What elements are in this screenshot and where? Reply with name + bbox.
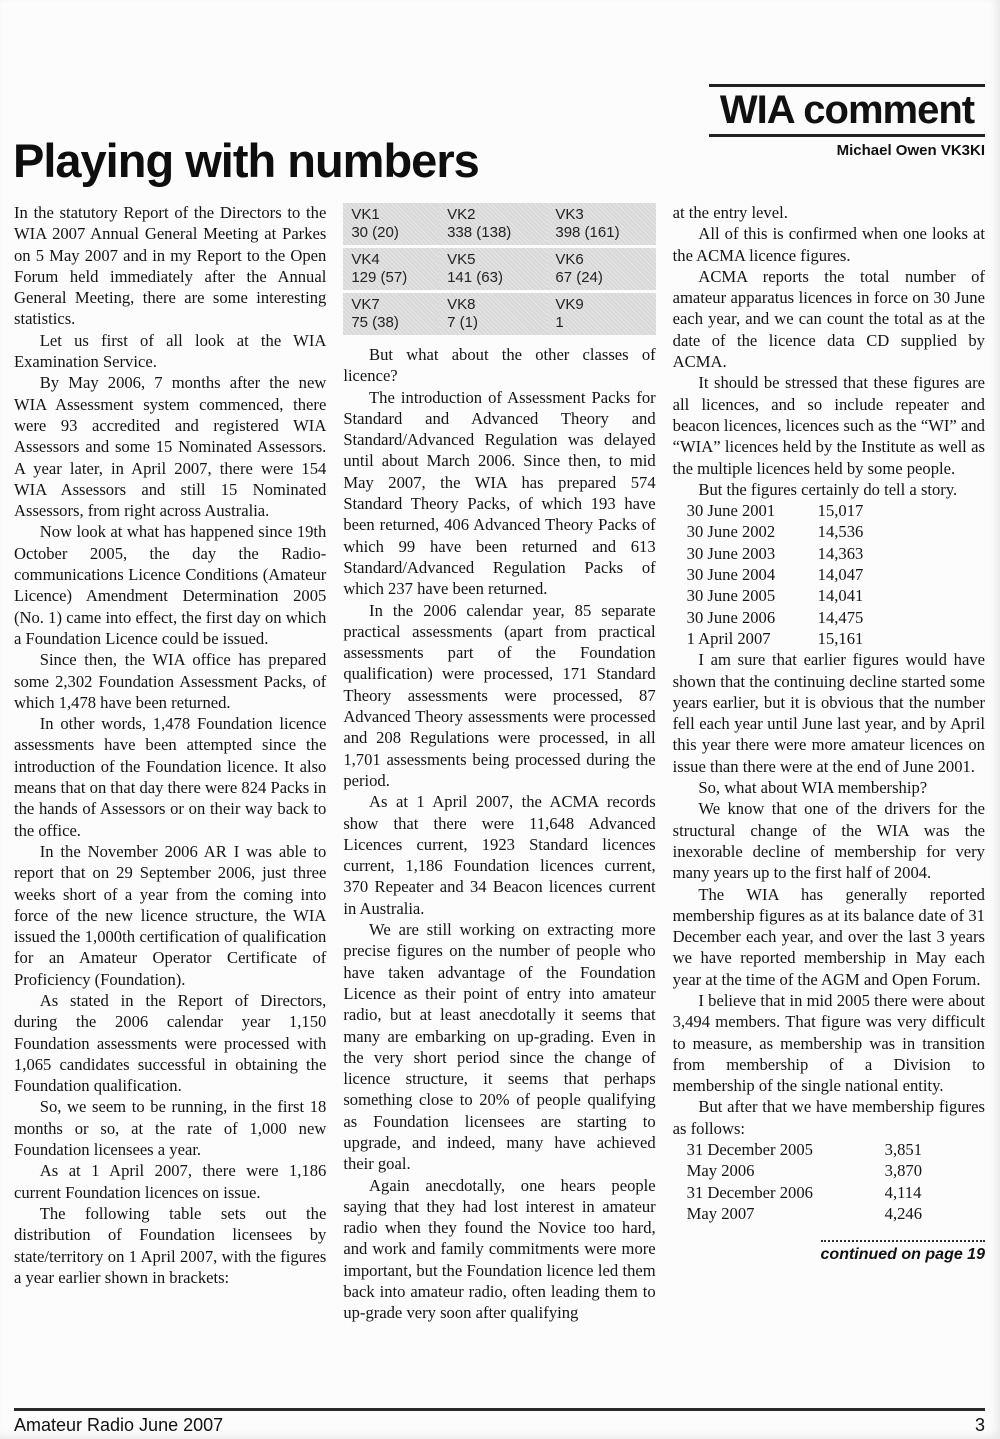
masthead-title: WIA comment xyxy=(709,88,985,132)
paragraph: As stated in the Report of Directors, du… xyxy=(14,990,326,1096)
figure-row: 30 June 200314,363 xyxy=(673,543,985,564)
magazine-page: WIA comment Michael Owen VK3KI Playing w… xyxy=(0,0,1000,1439)
figure-date: 30 June 2003 xyxy=(673,543,818,564)
figure-value: 3,851 xyxy=(885,1139,922,1160)
table-cell: VK5141 (63) xyxy=(439,248,547,290)
figure-row: 30 June 200414,047 xyxy=(673,564,985,585)
callsign: VK6 xyxy=(555,251,655,269)
table-cell: VK4129 (57) xyxy=(343,248,439,290)
callsign: VK4 xyxy=(351,251,439,269)
figure-date: 1 April 2007 xyxy=(673,628,818,649)
paragraph: So, we seem to be running, in the first … xyxy=(14,1096,326,1160)
table-cell: VK2338 (138) xyxy=(439,203,547,245)
continued-text: continued on page 19 xyxy=(821,1240,985,1265)
figure-value: 14,536 xyxy=(818,521,864,542)
paragraph: As at 1 April 2007, the ACMA records sho… xyxy=(343,791,655,919)
figure-row: May 20063,870 xyxy=(673,1160,985,1181)
figure-date: 30 June 2002 xyxy=(673,521,818,542)
licensee-count: 30 (20) xyxy=(351,224,439,242)
figure-row: 30 June 200614,475 xyxy=(673,607,985,628)
figure-row: May 20074,246 xyxy=(673,1203,985,1224)
paragraph: I am sure that earlier figures would hav… xyxy=(673,649,985,777)
paragraph: The introduction of Assessment Packs for… xyxy=(343,387,655,600)
table-cell: VK91 xyxy=(547,293,655,335)
paragraph: We know that one of the drivers for the … xyxy=(673,798,985,883)
figure-row: 30 June 200115,017 xyxy=(673,500,985,521)
licensee-count: 141 (63) xyxy=(447,269,547,287)
column-right: at the entry level. All of this is confi… xyxy=(673,202,985,1324)
paragraph: In other words, 1,478 Foundation licence… xyxy=(14,713,326,841)
callsign: VK8 xyxy=(447,296,547,314)
paragraph: But after that we have membership figure… xyxy=(673,1096,985,1139)
figure-date: May 2006 xyxy=(673,1160,885,1181)
callsign: VK1 xyxy=(351,206,439,224)
figure-value: 15,161 xyxy=(818,628,864,649)
article-columns: In the statutory Report of the Directors… xyxy=(14,202,985,1324)
paragraph: Since then, the WIA office has prepared … xyxy=(14,649,326,713)
article-title: Playing with numbers xyxy=(13,136,479,186)
foundation-by-state-table: VK130 (20) VK2338 (138) VK3398 (161) VK4… xyxy=(343,200,655,338)
callsign: VK2 xyxy=(447,206,547,224)
figure-value: 14,475 xyxy=(818,607,864,628)
figure-value: 14,041 xyxy=(818,585,864,606)
table-row: VK4129 (57) VK5141 (63) VK667 (24) xyxy=(343,248,655,290)
licensee-count: 129 (57) xyxy=(351,269,439,287)
continued-note: continued on page 19 xyxy=(673,1240,985,1265)
page-footer: Amateur Radio June 2007 3 xyxy=(14,1408,985,1436)
table-cell: VK3398 (161) xyxy=(547,203,655,245)
journal-title: Amateur Radio June 2007 xyxy=(14,1415,223,1436)
licensee-count: 75 (38) xyxy=(351,314,439,332)
figure-row: 30 June 200514,041 xyxy=(673,585,985,606)
figure-row: 30 June 200214,536 xyxy=(673,521,985,542)
licensee-count: 338 (138) xyxy=(447,224,547,242)
column-middle: VK130 (20) VK2338 (138) VK3398 (161) VK4… xyxy=(343,202,655,1324)
paragraph: By May 2006, 7 months after the new WIA … xyxy=(14,372,326,521)
paragraph: But what about the other classes of lice… xyxy=(343,344,655,387)
figure-value: 14,363 xyxy=(818,543,864,564)
licensee-count: 398 (161) xyxy=(555,224,655,242)
figure-date: 30 June 2006 xyxy=(673,607,818,628)
paragraph: All of this is confirmed when one looks … xyxy=(673,223,985,266)
masthead: WIA comment Michael Owen VK3KI xyxy=(709,84,985,159)
licensee-count: 1 xyxy=(555,314,655,332)
figure-value: 15,017 xyxy=(818,500,864,521)
figure-date: 31 December 2005 xyxy=(673,1139,885,1160)
paragraph: But the figures certainly do tell a stor… xyxy=(673,479,985,500)
table-cell: VK775 (38) xyxy=(343,293,439,335)
paragraph: ACMA reports the total number of amateur… xyxy=(673,266,985,372)
paragraph: I believe that in mid 2005 there were ab… xyxy=(673,990,985,1096)
paragraph: As at 1 April 2007, there were 1,186 cur… xyxy=(14,1160,326,1203)
figure-date: 30 June 2001 xyxy=(673,500,818,521)
paragraph: Now look at what has happened since 19th… xyxy=(14,521,326,649)
paragraph: So, what about WIA membership? xyxy=(673,777,985,798)
figure-value: 4,114 xyxy=(885,1182,922,1203)
figure-row: 1 April 200715,161 xyxy=(673,628,985,649)
paragraph: Again anecdotally, one hears people sayi… xyxy=(343,1175,655,1324)
paragraph: In the 2006 calendar year, 85 separate p… xyxy=(343,600,655,792)
callsign: VK7 xyxy=(351,296,439,314)
callsign: VK9 xyxy=(555,296,655,314)
figure-value: 3,870 xyxy=(885,1160,922,1181)
column-left: In the statutory Report of the Directors… xyxy=(14,202,326,1324)
masthead-box: WIA comment xyxy=(709,84,985,137)
figure-date: 30 June 2005 xyxy=(673,585,818,606)
figure-date: May 2007 xyxy=(673,1203,885,1224)
page-number: 3 xyxy=(975,1415,985,1436)
table-cell: VK87 (1) xyxy=(439,293,547,335)
licence-figures-list: 30 June 200115,017 30 June 200214,536 30… xyxy=(673,500,985,649)
figure-date: 31 December 2006 xyxy=(673,1182,885,1203)
author-byline: Michael Owen VK3KI xyxy=(709,142,985,159)
table-row: VK130 (20) VK2338 (138) VK3398 (161) xyxy=(343,203,655,245)
figure-value: 4,246 xyxy=(885,1203,922,1224)
figure-row: 31 December 20064,114 xyxy=(673,1182,985,1203)
callsign: VK3 xyxy=(555,206,655,224)
licensee-count: 67 (24) xyxy=(555,269,655,287)
paragraph: We are still working on extracting more … xyxy=(343,919,655,1175)
callsign: VK5 xyxy=(447,251,547,269)
paragraph: The following table sets out the distrib… xyxy=(14,1203,326,1288)
paragraph: In the statutory Report of the Directors… xyxy=(14,202,326,330)
figure-value: 14,047 xyxy=(818,564,864,585)
paragraph: It should be stressed that these figures… xyxy=(673,372,985,478)
table-row: VK775 (38) VK87 (1) VK91 xyxy=(343,293,655,335)
paragraph: In the November 2006 AR I was able to re… xyxy=(14,841,326,990)
paragraph: Let us first of all look at the WIA Exam… xyxy=(14,330,326,373)
table-cell: VK130 (20) xyxy=(343,203,439,245)
paragraph: The WIA has generally reported membershi… xyxy=(673,884,985,990)
paragraph: at the entry level. xyxy=(673,202,985,223)
licensee-count: 7 (1) xyxy=(447,314,547,332)
figure-row: 31 December 20053,851 xyxy=(673,1139,985,1160)
figure-date: 30 June 2004 xyxy=(673,564,818,585)
membership-figures-list: 31 December 20053,851 May 20063,870 31 D… xyxy=(673,1139,985,1224)
table-cell: VK667 (24) xyxy=(547,248,655,290)
